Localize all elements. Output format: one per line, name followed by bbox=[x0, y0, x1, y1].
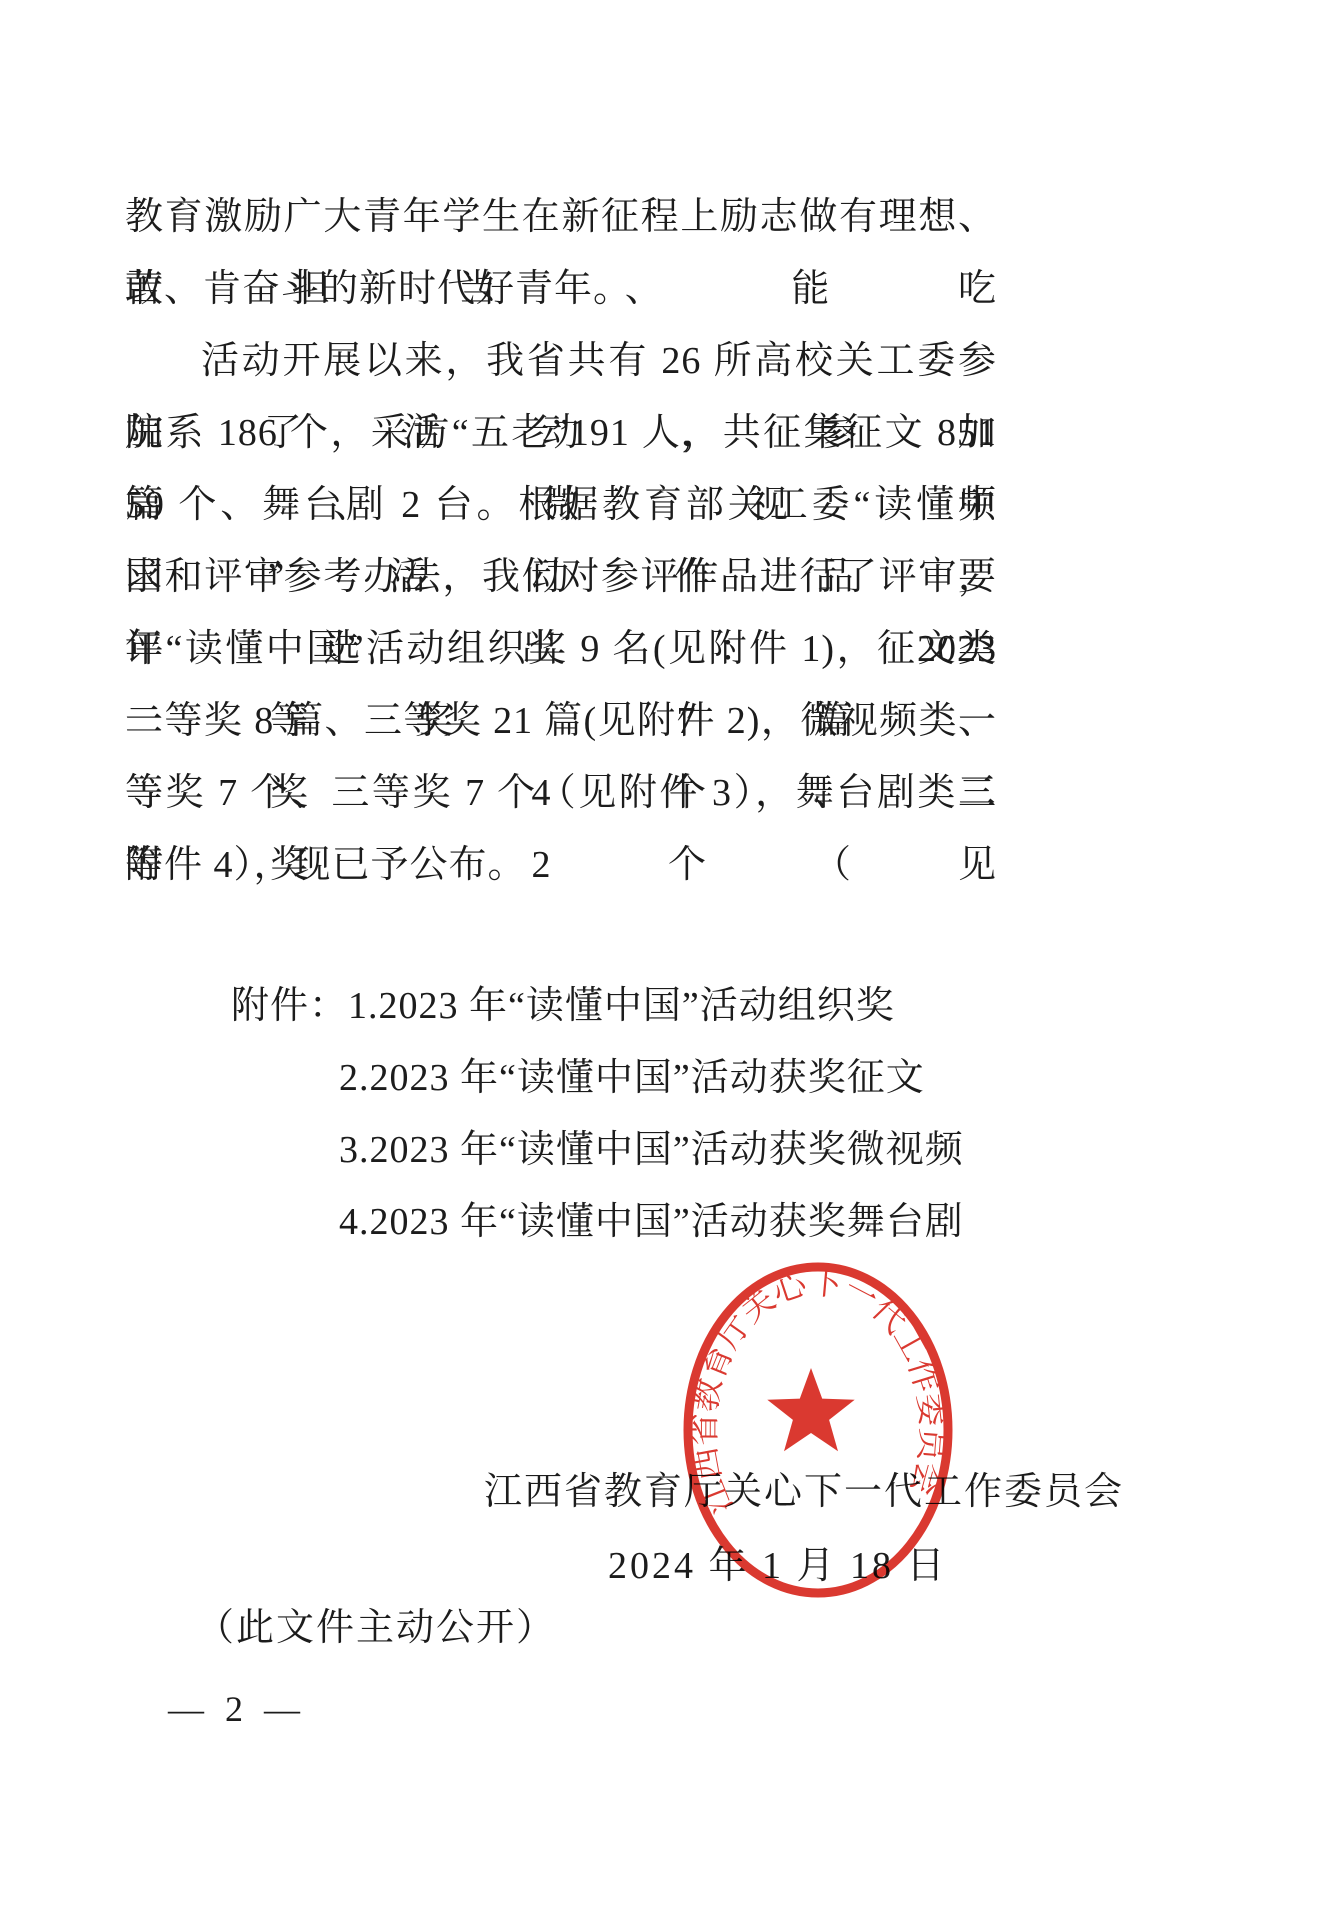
para2-line: 年“读懂中国”活动组织奖 9 名(见附件 1)，征文类一等奖 7 篇、 bbox=[125, 613, 997, 685]
official-seal-stamp: 江西省教育厅关心下一代工作委员会 bbox=[676, 1258, 964, 1608]
seal-star-icon bbox=[767, 1368, 854, 1451]
page-number: — 2 — bbox=[168, 1688, 306, 1730]
attachments-label: 附件： bbox=[231, 985, 348, 1027]
attachment-item: 附件：1.2023 年“读懂中国”活动组织奖 bbox=[125, 970, 1025, 1042]
attachments-list: 附件：1.2023 年“读懂中国”活动组织奖 2.2023 年“读懂中国”活动获… bbox=[125, 970, 1025, 1258]
body-text: 教育激励广大青年学生在新征程上励志做有理想、敢担当、能吃 苦、肯奋斗的新时代好青… bbox=[125, 181, 997, 901]
document-page: 教育激励广大青年学生在新征程上励志做有理想、敢担当、能吃 苦、肯奋斗的新时代好青… bbox=[0, 0, 1322, 1918]
disclosure-note: （此文件主动公开） bbox=[196, 1596, 556, 1651]
attachment-item: 4.2023 年“读懂中国”活动获奖舞台剧 bbox=[125, 1186, 1025, 1258]
para2-line: 59 个、舞台剧 2 台。根据教育部关工委“读懂中国”活动作品要 bbox=[125, 469, 997, 541]
para1-line: 教育激励广大青年学生在新征程上励志做有理想、敢担当、能吃 bbox=[125, 181, 997, 253]
para2-line: 二等奖 8 篇、三等奖 21 篇(见附件 2)，微视频类一等奖 4 个、二 bbox=[125, 685, 997, 757]
attachment-item: 3.2023 年“读懂中国”活动获奖微视频 bbox=[125, 1114, 1025, 1186]
attachment-item: 2.2023 年“读懂中国”活动获奖征文 bbox=[125, 1042, 1025, 1114]
para2-line: 等奖 7 个、三等奖 7 个（见附件 3），舞台剧类三等奖 2 个（见 bbox=[125, 757, 997, 829]
para2-line: 院系 186 个，采访“五老”191 人，共征集征文 851 篇、微视频 bbox=[125, 397, 997, 469]
para2-line: 活动开展以来，我省共有 26 所高校关工委参加了活动，参加 bbox=[125, 325, 997, 397]
attachment-item-text: 1.2023 年“读懂中国”活动组织奖 bbox=[348, 985, 895, 1027]
para2-line: 求和评审参考办法，我们对参评作品进行了评审，评选出：2023 bbox=[125, 541, 997, 613]
